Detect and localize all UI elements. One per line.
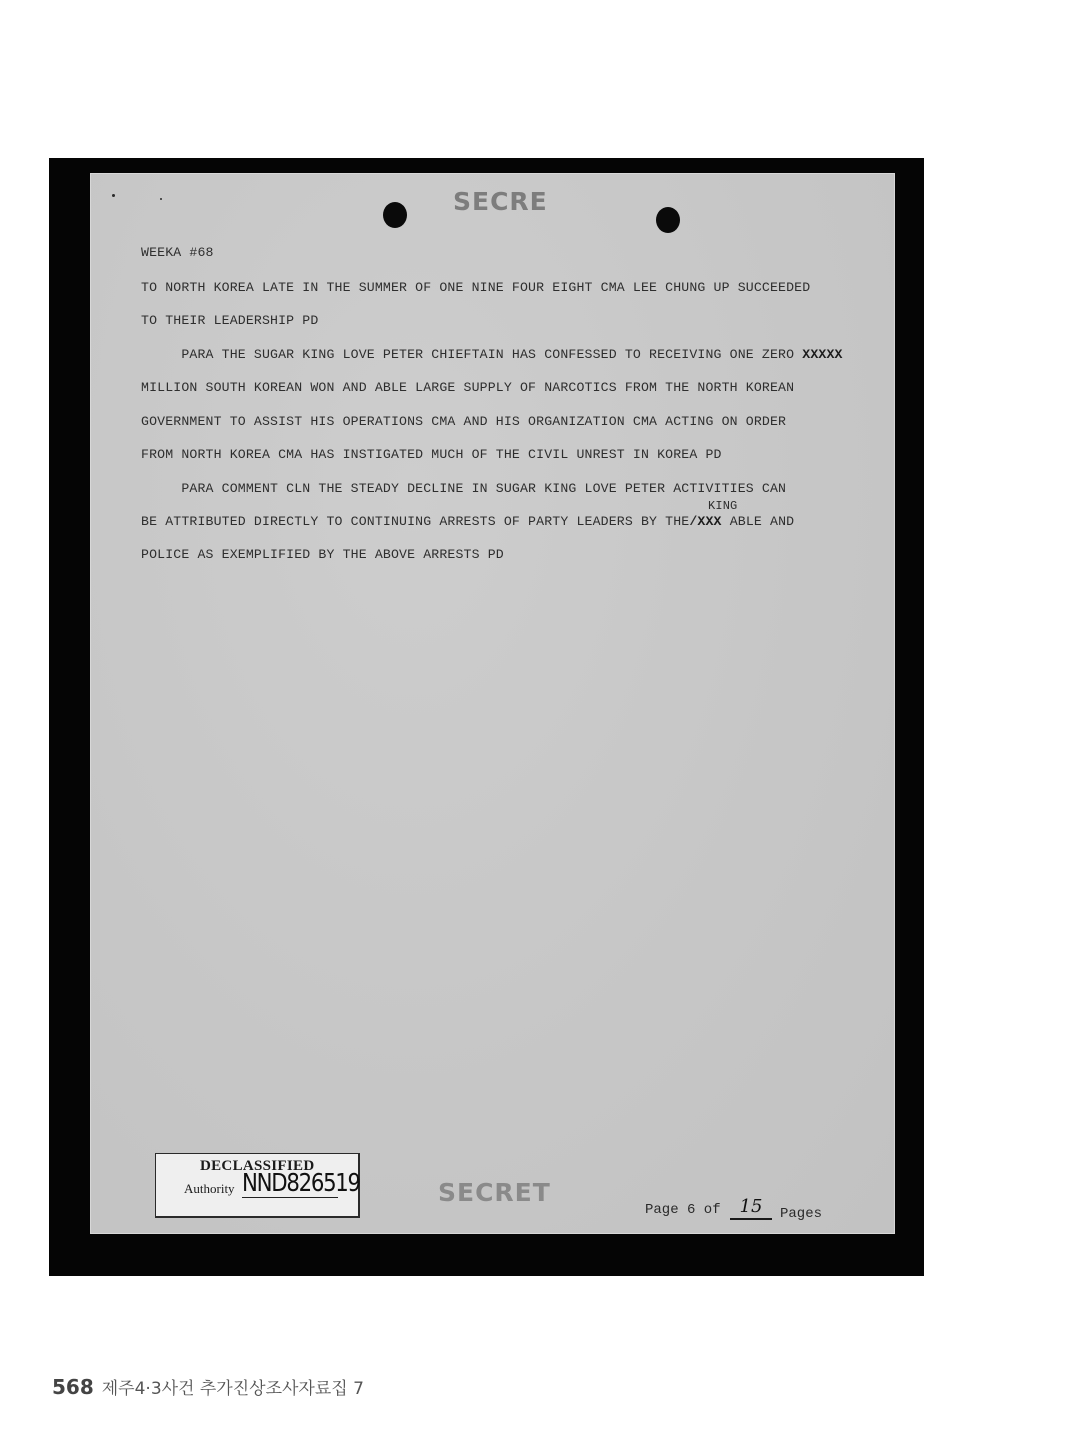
text-line-8-tail: ABLE AND: [730, 514, 795, 529]
text-line-1: TO NORTH KOREA LATE IN THE SUMMER OF ONE…: [141, 280, 810, 295]
declassified-stamp: DECLASSIFIED Authority NND826519: [155, 1153, 360, 1218]
punch-hole-right: [656, 207, 680, 233]
classification-stamp-bottom: SECRET: [438, 1178, 551, 1207]
book-title: 제주4·3사건 추가진상조사자료집 7: [102, 1374, 364, 1399]
text-line-4: MILLION SOUTH KOREAN WON AND ABLE LARGE …: [141, 380, 794, 395]
page-total: 15: [730, 1196, 772, 1220]
strikeout-text: XXX: [697, 514, 721, 529]
document-header: WEEKA #68: [141, 245, 214, 260]
text-line-7: PARA COMMENT CLN THE STEADY DECLINE IN S…: [141, 481, 786, 496]
strikeout-text: XXXXX: [802, 347, 842, 362]
document-page: [90, 173, 895, 1234]
text-line-9: POLICE AS EXEMPLIFIED BY THE ABOVE ARRES…: [141, 547, 504, 562]
punch-hole-left: [383, 202, 407, 228]
authority-underline: [242, 1197, 338, 1198]
speck: [160, 198, 162, 200]
pages-word: Pages: [780, 1206, 822, 1222]
text-line-3-body: PARA THE SUGAR KING LOVE PETER CHIEFTAIN…: [141, 347, 794, 362]
authority-number: NND826519: [242, 1168, 360, 1197]
text-line-8-body: BE ATTRIBUTED DIRECTLY TO CONTINUING ARR…: [141, 514, 689, 529]
text-line-2: TO THEIR LEADERSHIP PD: [141, 313, 318, 328]
classification-stamp-top: SECRE: [453, 187, 548, 216]
book-footer: 568 제주4·3사건 추가진상조사자료집 7: [52, 1374, 364, 1399]
text-line-5: GOVERNMENT TO ASSIST HIS OPERATIONS CMA …: [141, 414, 786, 429]
text-line-6: FROM NORTH KOREA CMA HAS INSTIGATED MUCH…: [141, 447, 722, 462]
page-label: Page 6 of: [645, 1202, 721, 1218]
text-line-3: PARA THE SUGAR KING LOVE PETER CHIEFTAIN…: [141, 347, 843, 362]
text-line-8: BE ATTRIBUTED DIRECTLY TO CONTINUING ARR…: [141, 514, 794, 529]
interlinear-insert: KING: [708, 499, 737, 513]
authority-label: Authority: [184, 1181, 235, 1197]
book-page-number: 568: [52, 1375, 94, 1399]
speck: [112, 194, 115, 197]
